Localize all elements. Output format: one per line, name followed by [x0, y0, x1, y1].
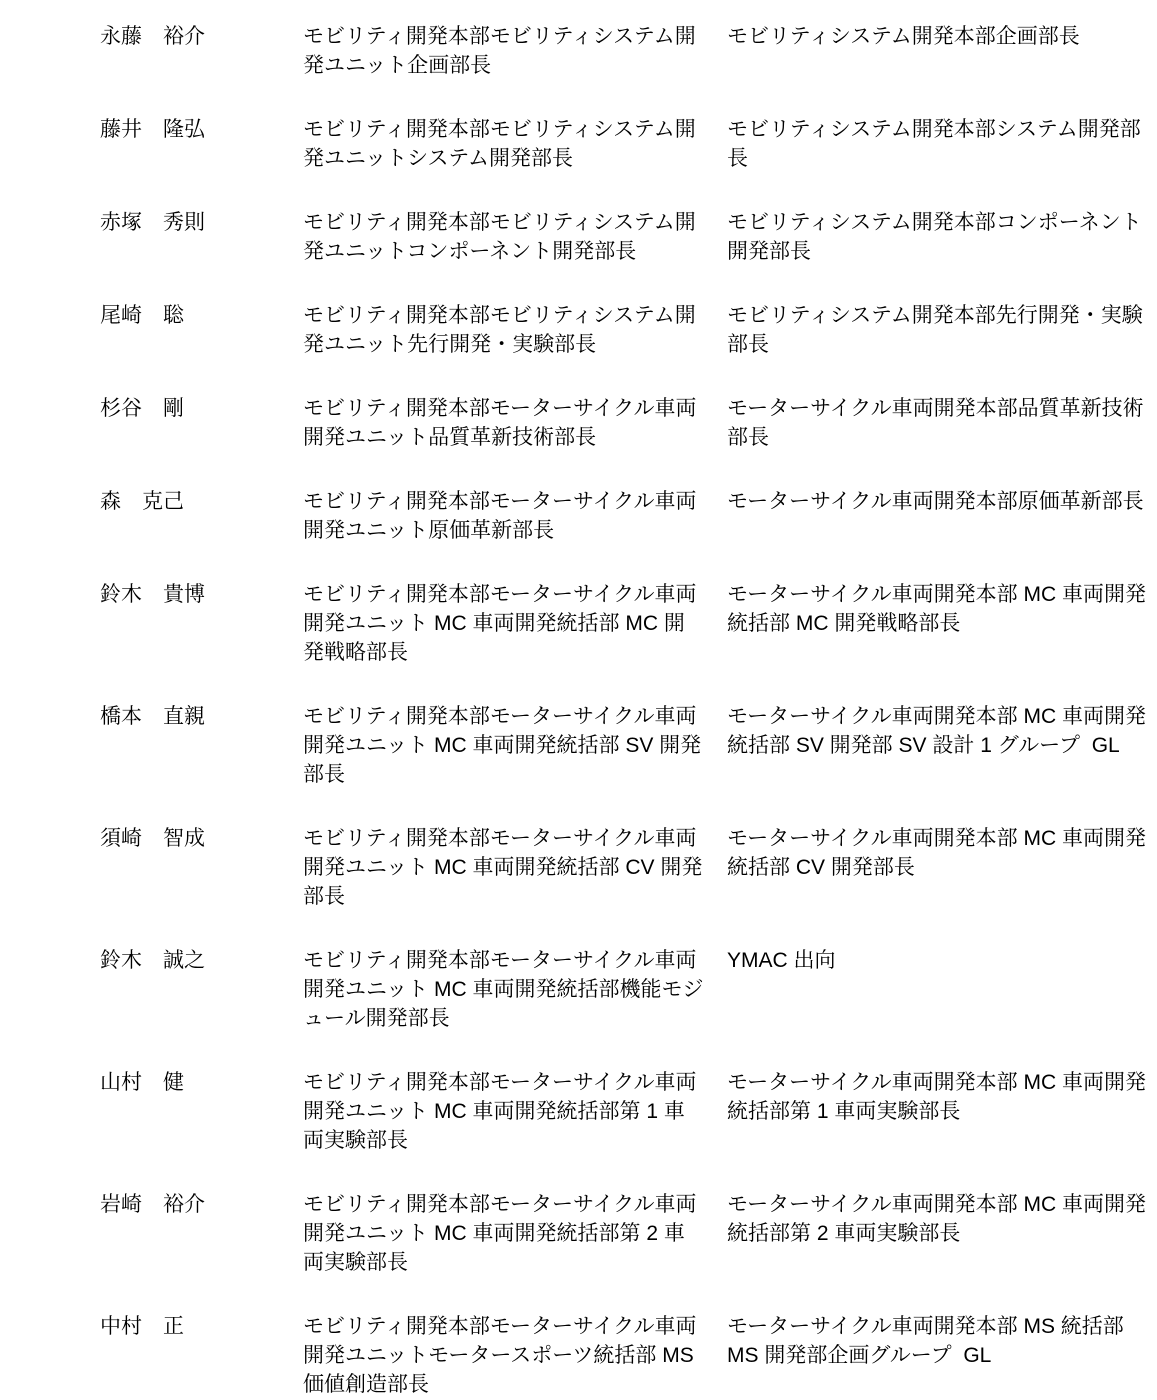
person-name: 山村 健	[100, 1068, 303, 1097]
new-position-cell: モビリティ開発本部モビリティシステム開発ユニット企画部長	[303, 22, 705, 80]
new-position-cell: モビリティ開発本部モーターサイクル車両開発ユニット MC 車両開発統括部 CV …	[303, 824, 705, 911]
former-position-cell: モーターサイクル車両開発本部 MS 統括部 MS 開発部企画グループ GL	[727, 1312, 1147, 1370]
former-position-cell: モビリティシステム開発本部先行開発・実験部長	[727, 301, 1147, 359]
personnel-row: 山村 健 モビリティ開発本部モーターサイクル車両開発ユニット MC 車両開発統括…	[100, 1068, 1157, 1155]
person-name: 中村 正	[100, 1312, 303, 1341]
former-position-cell: モーターサイクル車両開発本部品質革新技術部長	[727, 394, 1147, 452]
personnel-row: 須崎 智成 モビリティ開発本部モーターサイクル車両開発ユニット MC 車両開発統…	[100, 824, 1157, 911]
person-name: 橋本 直親	[100, 702, 303, 731]
personnel-table: 永藤 裕介 モビリティ開発本部モビリティシステム開発ユニット企画部長 モビリティ…	[100, 22, 1157, 1399]
person-name: 森 克己	[100, 487, 303, 516]
person-name: 鈴木 誠之	[100, 946, 303, 975]
former-position-cell: モビリティシステム開発本部システム開発部長	[727, 115, 1147, 173]
new-position-cell: モビリティ開発本部モビリティシステム開発ユニット先行開発・実験部長	[303, 301, 705, 359]
new-position-cell: モビリティ開発本部モーターサイクル車両開発ユニット原価革新部長	[303, 487, 705, 545]
new-position-cell: モビリティ開発本部モーターサイクル車両開発ユニット MC 車両開発統括部 SV …	[303, 702, 705, 789]
former-position-cell: YMAC 出向	[727, 946, 1147, 975]
personnel-row: 中村 正 モビリティ開発本部モーターサイクル車両開発ユニットモータースポーツ統括…	[100, 1312, 1157, 1399]
personnel-row: 藤井 隆弘 モビリティ開発本部モビリティシステム開発ユニットシステム開発部長 モ…	[100, 115, 1157, 173]
former-position-cell: モビリティシステム開発本部コンポーネント開発部長	[727, 208, 1147, 266]
former-position-cell: モーターサイクル車両開発本部原価革新部長	[727, 487, 1147, 516]
personnel-row: 赤塚 秀則 モビリティ開発本部モビリティシステム開発ユニットコンポーネント開発部…	[100, 208, 1157, 266]
new-position-cell: モビリティ開発本部モーターサイクル車両開発ユニットモータースポーツ統括部 MS …	[303, 1312, 705, 1399]
person-name: 赤塚 秀則	[100, 208, 303, 237]
personnel-row: 岩崎 裕介 モビリティ開発本部モーターサイクル車両開発ユニット MC 車両開発統…	[100, 1190, 1157, 1277]
new-position-cell: モビリティ開発本部モーターサイクル車両開発ユニット MC 車両開発統括部第 1 …	[303, 1068, 705, 1155]
former-position-cell: モーターサイクル車両開発本部 MC 車両開発統括部第 2 車両実験部長	[727, 1190, 1147, 1248]
person-name: 尾崎 聡	[100, 301, 303, 330]
new-position-cell: モビリティ開発本部モビリティシステム開発ユニットシステム開発部長	[303, 115, 705, 173]
personnel-row: 鈴木 誠之 モビリティ開発本部モーターサイクル車両開発ユニット MC 車両開発統…	[100, 946, 1157, 1033]
personnel-row: 橋本 直親 モビリティ開発本部モーターサイクル車両開発ユニット MC 車両開発統…	[100, 702, 1157, 789]
former-position-cell: モーターサイクル車両開発本部 MC 車両開発統括部 MC 開発戦略部長	[727, 580, 1147, 638]
former-position-cell: モビリティシステム開発本部企画部長	[727, 22, 1147, 51]
personnel-announcement-page: 永藤 裕介 モビリティ開発本部モビリティシステム開発ユニット企画部長 モビリティ…	[0, 0, 1157, 1400]
person-name: 須崎 智成	[100, 824, 303, 853]
person-name: 鈴木 貴博	[100, 580, 303, 609]
new-position-cell: モビリティ開発本部モビリティシステム開発ユニットコンポーネント開発部長	[303, 208, 705, 266]
person-name: 藤井 隆弘	[100, 115, 303, 144]
personnel-row: 永藤 裕介 モビリティ開発本部モビリティシステム開発ユニット企画部長 モビリティ…	[100, 22, 1157, 80]
personnel-row: 杉谷 剛 モビリティ開発本部モーターサイクル車両開発ユニット品質革新技術部長 モ…	[100, 394, 1157, 452]
former-position-cell: モーターサイクル車両開発本部 MC 車両開発統括部 CV 開発部長	[727, 824, 1147, 882]
personnel-row: 尾崎 聡 モビリティ開発本部モビリティシステム開発ユニット先行開発・実験部長 モ…	[100, 301, 1157, 359]
new-position-cell: モビリティ開発本部モーターサイクル車両開発ユニット品質革新技術部長	[303, 394, 705, 452]
person-name: 永藤 裕介	[100, 22, 303, 51]
new-position-cell: モビリティ開発本部モーターサイクル車両開発ユニット MC 車両開発統括部 MC …	[303, 580, 705, 667]
person-name: 岩崎 裕介	[100, 1190, 303, 1219]
former-position-cell: モーターサイクル車両開発本部 MC 車両開発統括部 SV 開発部 SV 設計 1…	[727, 702, 1147, 760]
person-name: 杉谷 剛	[100, 394, 303, 423]
new-position-cell: モビリティ開発本部モーターサイクル車両開発ユニット MC 車両開発統括部機能モジ…	[303, 946, 705, 1033]
new-position-cell: モビリティ開発本部モーターサイクル車両開発ユニット MC 車両開発統括部第 2 …	[303, 1190, 705, 1277]
personnel-row: 鈴木 貴博 モビリティ開発本部モーターサイクル車両開発ユニット MC 車両開発統…	[100, 580, 1157, 667]
personnel-row: 森 克己 モビリティ開発本部モーターサイクル車両開発ユニット原価革新部長 モータ…	[100, 487, 1157, 545]
former-position-cell: モーターサイクル車両開発本部 MC 車両開発統括部第 1 車両実験部長	[727, 1068, 1147, 1126]
